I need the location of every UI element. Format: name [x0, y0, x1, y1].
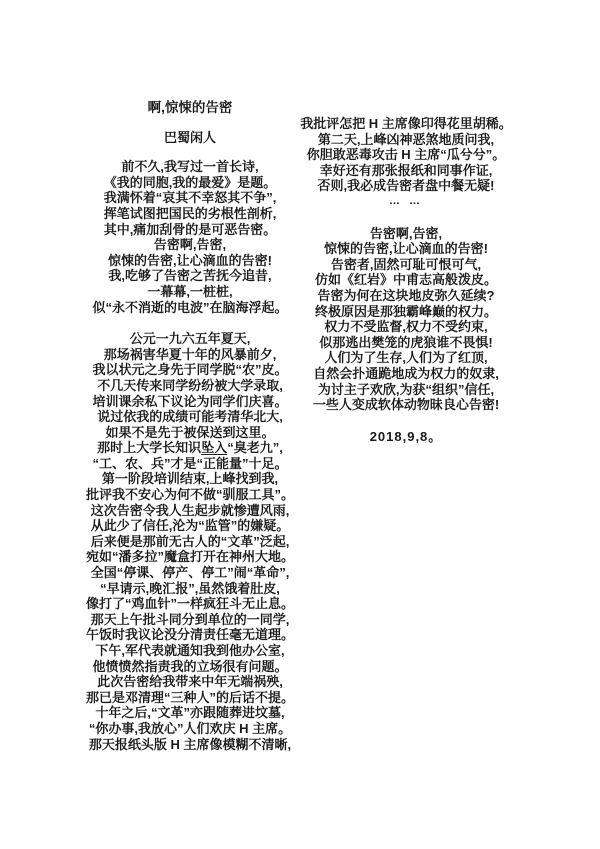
poem-line: 前不久,我写过一首长诗,	[55, 159, 325, 175]
poem-line: “早请示,晚汇报”,虽然饿着肚皮,	[55, 581, 325, 597]
poem-line: … …	[286, 194, 526, 210]
poem-line: 否则,我必成告密者盘中餐无疑!	[286, 178, 526, 194]
poem-line: 说过依我的成绩可能考清华北大,	[55, 409, 325, 425]
poem-line: 宛如“潘多拉”魔盒打开在神州大地。	[55, 549, 325, 565]
poem-line: 培训课余私下议论为同学们庆喜。	[55, 394, 325, 410]
poem-column-left: 啊,惊悚的告密 巴蜀闲人 前不久,我写过一首长诗,《我的同胞,我的最爱》是题。我…	[55, 100, 325, 752]
poem-line: 为讨主子欢欣,为获“组织”信任,	[286, 382, 526, 398]
poem-line: 全国“停课、停产、停工”闹“革命”,	[55, 565, 325, 581]
poem-line: 公元一九六五年夏天,	[55, 331, 325, 347]
poem-line: 从此少了信任,沦为“监管”的嫌疑。	[55, 518, 325, 534]
poem-line: 批评我不安心为何不做“驯服工具”。	[55, 487, 325, 503]
stanza: 我批评怎把 H 主席像印得花里胡稀。第二天,上峰凶神恶煞地质问我,你胆敢恶毒攻击…	[286, 116, 526, 210]
poem-line: 第二天,上峰凶神恶煞地质问我,	[286, 132, 526, 148]
poem-line: 午饭时我议论没分清责任毫无道理。	[55, 627, 325, 643]
stanza: 公元一九六五年夏天,那场祸害华夏十年的风暴前夕,我以状元之身先于同学脱“农”皮。…	[55, 331, 325, 752]
poem-column-right: 我批评怎把 H 主席像印得花里胡稀。第二天,上峰凶神恶煞地质问我,你胆敢恶毒攻击…	[286, 116, 526, 444]
poem-line: 人们为了生存,人们为了红顶,	[286, 350, 526, 366]
poem-line: 后来便是那前无古人的“文革”泛起,	[55, 534, 325, 550]
poem-line: 你胆敢恶毒攻击 H 主席“瓜兮兮”。	[286, 147, 526, 163]
poem-line: 他愤愤然指责我的立场很有问题。	[55, 659, 325, 675]
poem-line: 我满怀着“哀其不幸怒其不争”,	[55, 190, 325, 206]
poem-line: 告密啊,告密,	[55, 237, 325, 253]
poem-line: 那场祸害华夏十年的风暴前夕,	[55, 347, 325, 363]
poem-line: “你办事,我放心”人们欢庆 H 主席。	[55, 721, 325, 737]
poem-line: 如果不是先于被保送到这里。	[55, 425, 325, 441]
poem-line: 似那逃出樊笼的虎狼谁不畏惧!	[286, 335, 526, 351]
poem-line: 那已是邓清理“三种人”的后话不提。	[55, 690, 325, 706]
poem-line: 那天报纸头版 H 主席像模糊不清晰,	[55, 737, 325, 753]
poem-date: 2018,9,8。	[286, 429, 526, 445]
poem-line: 惊悚的告密,让心滴血的告密!	[286, 241, 526, 257]
poem-line: 告密为何在这块地皮弥久延续?	[286, 288, 526, 304]
stanza: 前不久,我写过一首长诗,《我的同胞,我的最爱》是题。我满怀着“哀其不幸怒其不争”…	[55, 159, 325, 315]
poem-author: 巴蜀闲人	[55, 130, 325, 146]
poem-line: 幸好还有那张报纸和同事作证,	[286, 163, 526, 179]
poem-line: 挥笔试图把国民的劣根性剖析,	[55, 206, 325, 222]
poem-line: 我,吃够了告密之苦抚今追昔,	[55, 268, 325, 284]
stanza: 2018,9,8。	[286, 429, 526, 445]
poem-line: 其中,痛加刮骨的是可恶告密。	[55, 222, 325, 238]
poem-line: 那天上午批斗同分到单位的一同学,	[55, 612, 325, 628]
poem-line: 权力不受监督,权力不受约束,	[286, 319, 526, 335]
poem-line: 十年之后,“文革”亦跟随葬进坟墓,	[55, 705, 325, 721]
stanza: 告密啊,告密,惊悚的告密,让心滴血的告密!告密者,固然可耻可恨可气,仿如《红岩》…	[286, 226, 526, 413]
poem-line: 这次告密令我人生起步就惨遭风雨,	[55, 503, 325, 519]
poem-line: 像打了“鸡血针”一样疯狂斗无止息。	[55, 596, 325, 612]
poem-line: 《我的同胞,我的最爱》是题。	[55, 175, 325, 191]
poem-line: 告密者,固然可耻可恨可气,	[286, 257, 526, 273]
poem-line: 我批评怎把 H 主席像印得花里胡稀。	[286, 116, 526, 132]
poem-line: 惊悚的告密,让心滴血的告密!	[55, 253, 325, 269]
poem-line: 告密啊,告密,	[286, 226, 526, 242]
poem-title: 啊,惊悚的告密	[55, 100, 325, 116]
poem-line: “工、农、兵”才是“正能量”十足。	[55, 456, 325, 472]
left-stanzas: 前不久,我写过一首长诗,《我的同胞,我的最爱》是题。我满怀着“哀其不幸怒其不争”…	[55, 159, 325, 752]
poem-line: 一些人变成软体动物昧良心告密!	[286, 397, 526, 413]
poem-line: 一幕幕,一桩桩,	[55, 284, 325, 300]
poem-line: 不几天传来同学纷纷被大学录取,	[55, 378, 325, 394]
poem-line: 似“永不消逝的电波”在脑海浮起。	[55, 300, 325, 316]
document-page: 啊,惊悚的告密 巴蜀闲人 前不久,我写过一首长诗,《我的同胞,我的最爱》是题。我…	[0, 0, 600, 849]
poem-line: 我以状元之身先于同学脱“农”皮。	[55, 362, 325, 378]
poem-line: 终极原因是那独霸峰巅的权力。	[286, 304, 526, 320]
right-stanzas: 我批评怎把 H 主席像印得花里胡稀。第二天,上峰凶神恶煞地质问我,你胆敢恶毒攻击…	[286, 116, 526, 444]
poem-line: 自然会扑通跪地成为权力的奴隶,	[286, 366, 526, 382]
poem-line: 那时上大学长知识坠入“臭老九”,	[55, 440, 325, 456]
poem-line: 第一阶段培训结束,上峰找到我,	[55, 471, 325, 487]
poem-line: 此次告密给我带来中年无端祸殃,	[55, 674, 325, 690]
poem-line: 下午,军代表就通知我到他办公室,	[55, 643, 325, 659]
poem-line: 仿如《红岩》中甫志高般泼皮。	[286, 272, 526, 288]
